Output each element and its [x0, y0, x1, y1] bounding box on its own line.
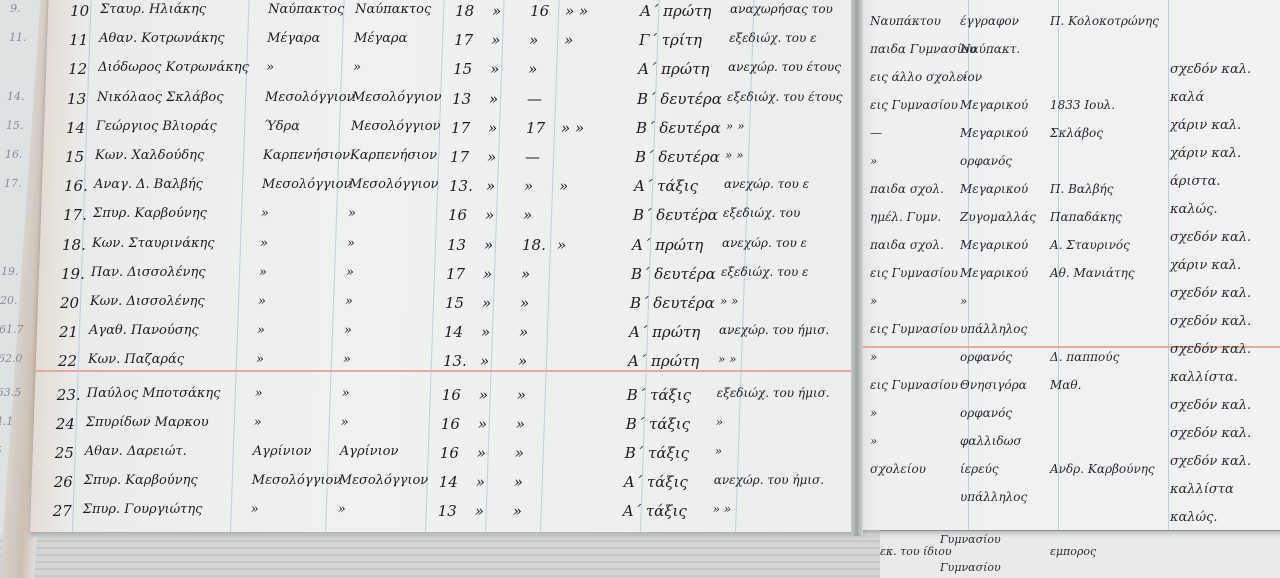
- table-row: 11.11Αθαν. ΚοτρωνάκηςΜέγαραΜέγαρα17»»»Γ΄…: [0, 27, 849, 57]
- cell-name: Παύλος Μποτσάκης: [87, 386, 221, 401]
- cell-margin: 15.: [6, 119, 24, 132]
- cell-no: 20: [60, 294, 79, 312]
- table-row: 12Διόδωρος Κοτρωνάκης»»15»»Α΄ πρώτηανεχώ…: [0, 56, 848, 86]
- right-col2: Μεγαρικού: [960, 98, 1028, 112]
- cell-no: 26: [54, 473, 73, 491]
- right-col2: »: [960, 70, 967, 84]
- cell-residence: Αγρίνιον: [340, 444, 399, 459]
- table-row: 61.721Αγαθ. Πανούσης»»14»»Α΄ πρώτηανεχώρ…: [0, 319, 839, 349]
- cell-class: Α΄ τάξις: [634, 177, 698, 195]
- cell-birthplace: Μεσολόγγιον: [262, 177, 351, 192]
- table-row: 17.16.Αναγ. Δ. ΒαλβήςΜεσολόγγιονΜεσολόγγ…: [0, 173, 844, 203]
- right-col2: Μεγαρικού: [960, 126, 1028, 140]
- right-grade: σχεδόν καλ.: [1170, 454, 1251, 469]
- right-grade: σχεδόν καλ.: [1170, 230, 1251, 245]
- right-col1: παιδα σχολ.: [870, 238, 944, 252]
- cell-no: 22: [58, 352, 77, 370]
- cell-remark: ανεχώρ. του ήμισ.: [714, 473, 824, 487]
- right-col3: Σκλάβος: [1050, 126, 1103, 140]
- cell-remark: » »: [718, 352, 737, 366]
- cell-c6: 16: [530, 2, 549, 20]
- cell-no: 13: [67, 90, 86, 108]
- cell-class: Α΄ πρώτη: [640, 2, 711, 20]
- cell-residence: »: [341, 415, 349, 430]
- cell-residence: »: [346, 265, 354, 280]
- cell-name: Αθαν. Δαρειώτ.: [85, 444, 187, 459]
- right-col1: σχολείου: [870, 462, 926, 476]
- cell-birthplace: Καρπενήσιον: [263, 148, 350, 163]
- cell-name: Σπυρ. Καρβούνης: [84, 473, 198, 488]
- right-col1: εις Γυμνασίου: [870, 378, 958, 392]
- table-row: 63.523.Παύλος Μποτσάκης»»16»»Β΄ τάξιςεξε…: [0, 382, 837, 412]
- cell-residence: »: [343, 352, 351, 367]
- cell-c6: —: [527, 90, 542, 108]
- cell-margin: 16.: [5, 148, 23, 161]
- table-row: 62.022Κων. Παζαράς»»13.»»Α΄ πρώτη» »: [0, 348, 838, 378]
- cell-c5: »: [475, 502, 484, 520]
- cell-remark: αναχωρήσας του: [730, 2, 833, 16]
- cell-remark: εξεδιώχ. του ε: [729, 31, 817, 45]
- cell-c7: »: [557, 236, 566, 254]
- cell-no: 23.: [57, 386, 81, 404]
- lower-note: εμπορος: [1050, 545, 1096, 558]
- cell-remark: ανεχώρ. του έτους: [728, 60, 841, 74]
- cell-name: Σταυρ. Ηλιάκης: [100, 2, 206, 17]
- right-col1: εις Γυμνασίου: [870, 266, 958, 280]
- right-grade: χάριν καλ.: [1170, 258, 1241, 273]
- cell-residence: Ναύπακτος: [355, 2, 431, 17]
- cell-c6: 17: [526, 119, 545, 137]
- cell-c5: »: [479, 386, 488, 404]
- cell-c5: »: [492, 2, 501, 20]
- cell-birthplace: Μέγαρα: [267, 31, 320, 46]
- table-row: 15.14Γεώργιος ΒλιοράςΎδραΜεσολόγγιον17»1…: [0, 115, 846, 145]
- cell-c6: »: [528, 60, 537, 78]
- cell-margin: 20.: [0, 294, 17, 307]
- cell-c5: »: [476, 473, 485, 491]
- table-row: 16.15Κων. ΧαλδούδηςΚαρπενήσιονΚαρπενήσιο…: [0, 144, 845, 174]
- cell-c6: »: [521, 265, 530, 283]
- right-col1: εις Γυμνασίου: [870, 322, 958, 336]
- cell-birthplace: Μεσολόγγιον: [252, 473, 341, 488]
- cell-age: 16: [440, 444, 459, 462]
- cell-birthplace: »: [257, 323, 265, 338]
- cell-birthplace: »: [254, 415, 262, 430]
- cell-birthplace: Αγρίνιον: [253, 444, 312, 459]
- right-grade: σχεδόν καλ.: [1170, 62, 1251, 77]
- cell-c5: »: [490, 60, 499, 78]
- cell-birthplace: »: [258, 294, 266, 309]
- cell-c5: »: [487, 148, 496, 166]
- cell-c6: »: [524, 177, 533, 195]
- cell-name: Σπυρίδων Μαρκου: [86, 415, 209, 430]
- right-col2: Μεγαρικού: [960, 266, 1028, 280]
- cell-c5: »: [482, 294, 491, 312]
- right-col3: Δ. παππούς: [1050, 350, 1119, 364]
- cell-margin: 5: [0, 444, 2, 457]
- cell-remark: »: [716, 415, 723, 429]
- cell-margin: 62.0: [0, 352, 22, 365]
- cell-name: Γεώργιος Βλιοράς: [96, 119, 217, 134]
- right-grade: καλλίστα: [1170, 482, 1234, 497]
- right-col1: »: [870, 406, 877, 420]
- right-grade: καλλίστα.: [1170, 370, 1238, 385]
- right-col2: Μεγαρικού: [960, 238, 1028, 252]
- cell-residence: »: [342, 386, 350, 401]
- cell-c5: »: [483, 265, 492, 283]
- right-col2: ορφανός: [960, 154, 1012, 168]
- cell-remark: εξεδιώχ. του έτους: [727, 90, 842, 104]
- cell-age: 17: [446, 265, 465, 283]
- cell-class: Β΄ δευτέρα: [633, 206, 718, 224]
- cell-name: Κων. Παζαράς: [88, 352, 184, 367]
- cell-c5: »: [480, 352, 489, 370]
- right-col1: παιδα σχολ.: [870, 182, 944, 196]
- cell-age: 13: [447, 236, 466, 254]
- cell-remark: » »: [720, 294, 739, 308]
- cell-name: Παν. Δισσολένης: [91, 265, 206, 280]
- cell-birthplace: Μεσολόγγιον: [265, 90, 354, 105]
- cell-residence: »: [347, 236, 355, 251]
- right-col3: Π. Βαλβής: [1050, 182, 1113, 196]
- cell-remark: »: [715, 444, 722, 458]
- cell-name: Αγαθ. Πανούσης: [89, 323, 199, 338]
- right-col2: ορφανός: [960, 350, 1012, 364]
- right-col1: εις Γυμνασίου: [870, 98, 958, 112]
- cell-birthplace: Ύδρα: [264, 119, 300, 134]
- right-col3: Ανδρ. Καρβούνης: [1050, 462, 1155, 476]
- right-grade: χάριν καλ.: [1170, 146, 1241, 161]
- cell-class: Β΄ δευτέρα: [635, 148, 720, 166]
- cell-no: 25: [55, 444, 74, 462]
- right-col1: ημέλ. Γυμν.: [870, 210, 941, 224]
- table-row: 126Σπυρ. ΚαρβούνηςΜεσολόγγιονΜεσολόγγιον…: [0, 469, 834, 499]
- cell-no: 12: [68, 60, 87, 78]
- right-grade: χάριν καλ.: [1170, 118, 1241, 133]
- right-col2: Ναύπακτ.: [960, 42, 1020, 56]
- right-col2: Ζυγομαλλάς: [960, 210, 1036, 224]
- cell-no: 24: [56, 415, 75, 433]
- cell-age: 16: [441, 415, 460, 433]
- right-col2: »: [960, 294, 967, 308]
- cell-no: 19.: [61, 265, 85, 283]
- cell-name: Αναγ. Δ. Βαλβής: [94, 177, 203, 192]
- right-col2: ορφανός: [960, 406, 1012, 420]
- cell-c5: »: [481, 323, 490, 341]
- cell-name: Κων. Σταυρινάκης: [92, 236, 215, 251]
- cell-c6: »: [518, 352, 527, 370]
- cell-age: 14: [439, 473, 458, 491]
- cell-class: Β΄ τάξις: [627, 386, 691, 404]
- right-grade: καλώς.: [1170, 510, 1218, 525]
- cell-c6: —: [525, 148, 540, 166]
- table-row: 20.20Κων. Δισσολένης»»15»»Β΄ δευτέρα» »: [0, 290, 840, 320]
- cell-age: 18: [455, 2, 474, 20]
- cell-margin: 61.7: [0, 323, 23, 336]
- cell-class: Α΄ τάξις: [624, 473, 688, 491]
- cell-residence: »: [338, 502, 346, 517]
- cell-margin: 11.: [9, 31, 27, 44]
- cell-name: Κων. Χαλδούδης: [95, 148, 204, 163]
- cell-age: 14: [444, 323, 463, 341]
- cell-class: Α΄ πρώτη: [629, 323, 700, 341]
- cell-remark: ανεχώρ. του ήμισ.: [719, 323, 829, 337]
- cell-margin: 17.: [4, 177, 22, 190]
- right-grade: καλά: [1170, 90, 1204, 105]
- cell-c5: »: [486, 177, 495, 195]
- cell-birthplace: »: [261, 206, 269, 221]
- cell-no: 16.: [64, 177, 88, 195]
- right-col3: Α. Σταυρινός: [1050, 238, 1130, 252]
- right-col1: Ναυπάκτου: [870, 14, 941, 28]
- table-row: 18.Κων. Σταυρινάκης»»13»18.»Α΄ πρώτηανεχ…: [0, 232, 842, 262]
- cell-remark: εξεδιώχ. του: [723, 206, 800, 220]
- cell-c6: »: [523, 206, 532, 224]
- cell-birthplace: Ναύπακτος: [268, 2, 344, 17]
- cell-age: 15: [453, 60, 472, 78]
- cell-age: 13.: [449, 177, 473, 195]
- cell-remark: ανεχώρ. του ε: [722, 236, 807, 250]
- cell-margin: 19.: [1, 265, 19, 278]
- cell-c5: »: [485, 206, 494, 224]
- cell-c6: 18.: [522, 236, 546, 254]
- right-col1: »: [870, 434, 877, 448]
- cell-age: 16: [448, 206, 467, 224]
- cell-c6: »: [514, 473, 523, 491]
- cell-c7: »: [564, 31, 573, 49]
- cell-remark: ανεχώρ. του ε: [724, 177, 809, 191]
- cell-margin: 63.5: [0, 386, 21, 399]
- cell-c5: »: [478, 415, 487, 433]
- right-grade: σχεδόν καλ.: [1170, 286, 1251, 301]
- cell-c5: »: [484, 236, 493, 254]
- cell-no: 17.: [63, 206, 87, 224]
- cell-residence: Μεσολόγγιον: [352, 90, 441, 105]
- cell-c7: » »: [561, 119, 584, 137]
- cell-c5: »: [488, 119, 497, 137]
- cell-c6: »: [515, 444, 524, 462]
- right-col2: υπάλληλος: [960, 322, 1027, 336]
- cell-no: 11: [69, 31, 88, 49]
- cell-residence: »: [344, 323, 352, 338]
- cell-birthplace: »: [251, 502, 259, 517]
- cell-c6: »: [520, 294, 529, 312]
- cell-class: Β΄ δευτέρα: [637, 90, 722, 108]
- cell-remark: εξεδιώχ. του ε: [721, 265, 809, 279]
- table-row: 9.10Σταυρ. ΗλιάκηςΝαύπακτοςΝαύπακτος18»1…: [0, 0, 850, 28]
- right-col2: φαλλιδωσ: [960, 434, 1022, 448]
- right-grade: καλώς.: [1170, 202, 1218, 217]
- table-row: 525Αθαν. Δαρειώτ.ΑγρίνιονΑγρίνιον16»»Β΄ …: [0, 440, 835, 470]
- cell-no: 18.: [62, 236, 86, 254]
- cell-birthplace: »: [259, 265, 267, 280]
- cell-residence: »: [348, 206, 356, 221]
- cell-age: 17: [454, 31, 473, 49]
- cell-birthplace: »: [255, 386, 263, 401]
- cell-age: 13: [452, 90, 471, 108]
- right-col2: Μεγαρικού: [960, 182, 1028, 196]
- cell-margin: 14.: [7, 90, 25, 103]
- cell-residence: »: [345, 294, 353, 309]
- cell-name: Νικόλαος Σκλάβος: [97, 90, 223, 105]
- cell-c7: »: [559, 177, 568, 195]
- cell-age: 17: [451, 119, 470, 137]
- right-col1: »: [870, 350, 877, 364]
- right-col1: —: [870, 126, 882, 140]
- cell-remark: εξεδιώχ. του ήμισ.: [717, 386, 830, 400]
- lower-note: Γυμνασίου: [940, 561, 1001, 574]
- cell-no: 21: [59, 323, 78, 341]
- cell-class: Β΄ τάξις: [625, 444, 689, 462]
- cell-remark: » »: [725, 148, 744, 162]
- cell-c6: »: [519, 323, 528, 341]
- cell-age: 17: [450, 148, 469, 166]
- cell-residence: Μεσολόγγιον: [351, 119, 440, 134]
- lower-note: εκ. του ίδιου: [880, 545, 952, 558]
- cell-c5: »: [491, 31, 500, 49]
- cell-margin: 9.: [10, 2, 21, 15]
- cell-c6: »: [513, 502, 522, 520]
- cell-class: Β΄ δευτέρα: [630, 294, 715, 312]
- cell-age: 13.: [443, 352, 467, 370]
- cell-birthplace: »: [256, 352, 264, 367]
- right-grade: σχεδόν καλ.: [1170, 398, 1251, 413]
- cell-class: Α΄ πρώτη: [638, 60, 709, 78]
- cell-residence: Καρπενήσιον: [350, 148, 437, 163]
- book-gutter: [851, 0, 863, 536]
- table-row: 4.124Σπυρίδων Μαρκου»»16»»Β΄ τάξις»: [0, 411, 836, 441]
- cell-class: Γ΄ τρίτη: [639, 31, 702, 49]
- cell-c6: »: [529, 31, 538, 49]
- table-row: 14.13Νικόλαος ΣκλάβοςΜεσολόγγιονΜεσολόγγ…: [0, 86, 847, 116]
- right-grade: σχεδόν καλ.: [1170, 314, 1251, 329]
- cell-no: 27: [53, 502, 72, 520]
- cell-name: Σπυρ. Γουργιώτης: [83, 502, 203, 517]
- table-row: 17.Σπυρ. Καρβούνης»»16»»Β΄ δευτέραεξεδιώ…: [0, 202, 843, 232]
- lower-page: Γυμνασίου εκ. του ίδιου εμπορος Γυμνασίο…: [880, 530, 1280, 578]
- cell-age: 16: [442, 386, 461, 404]
- cell-birthplace: »: [266, 60, 274, 75]
- cell-age: 15: [445, 294, 464, 312]
- cell-remark: » »: [713, 502, 732, 516]
- right-col3: 1833 Ιουλ.: [1050, 98, 1115, 112]
- right-col1: »: [870, 294, 877, 308]
- table-row: 19.19.Παν. Δισσολένης»»17»»Β΄ δευτέραεξε…: [0, 261, 841, 291]
- cell-margin: 1: [0, 473, 1, 486]
- cell-margin: 4.1: [0, 415, 13, 428]
- cell-residence: »: [353, 60, 361, 75]
- cell-name: Κων. Δισσολένης: [90, 294, 205, 309]
- right-col3: Μαθ.: [1050, 378, 1081, 392]
- cell-c6: »: [516, 415, 525, 433]
- cell-name: Διόδωρος Κοτρωνάκης: [98, 60, 249, 75]
- cell-residence: Μεσολόγγιον: [339, 473, 428, 488]
- right-col2: Θνησιγόρα: [960, 378, 1027, 392]
- right-col1: »: [870, 154, 877, 168]
- cell-c7: » »: [565, 2, 588, 20]
- cell-c5: »: [489, 90, 498, 108]
- cell-name: Αθαν. Κοτρωνάκης: [99, 31, 224, 46]
- cell-residence: Μέγαρα: [354, 31, 407, 46]
- right-grade: άριστα.: [1170, 174, 1221, 189]
- right-grade: σχεδόν καλ.: [1170, 342, 1251, 357]
- cell-class: Β΄ δευτέρα: [636, 119, 721, 137]
- cell-class: Β΄ δευτέρα: [631, 265, 716, 283]
- cell-remark: » »: [726, 119, 745, 133]
- right-grade: σχεδόν καλ.: [1170, 426, 1251, 441]
- cell-class: Β΄ τάξις: [626, 415, 690, 433]
- cell-name: Σπυρ. Καρβούνης: [93, 206, 207, 221]
- right-col2: έγγραφον: [960, 14, 1019, 28]
- cell-no: 15: [65, 148, 84, 166]
- cell-birthplace: »: [260, 236, 268, 251]
- right-col3: Π. Κολοκοτρώνης: [1050, 14, 1159, 28]
- right-col2: ίερεύς: [960, 462, 999, 476]
- right-col3: Παπαδάκης: [1050, 210, 1122, 224]
- right-col3: Αθ. Μανιάτης: [1050, 266, 1135, 280]
- cell-c5: »: [477, 444, 486, 462]
- cell-no: 14: [66, 119, 85, 137]
- cell-age: 13: [438, 502, 457, 520]
- right-col2: υπάλληλος: [960, 490, 1027, 504]
- cell-class: Α΄ πρώτη: [632, 236, 703, 254]
- cell-c6: »: [517, 386, 526, 404]
- cell-class: Α΄ πρώτη: [628, 352, 699, 370]
- cell-residence: Μεσολόγγιον: [349, 177, 438, 192]
- cell-class: Α΄ τάξις: [623, 502, 687, 520]
- cell-no: 10: [70, 2, 89, 20]
- table-row: 27Σπυρ. Γουργιώτης»»13»»Α΄ τάξις» »: [0, 498, 833, 528]
